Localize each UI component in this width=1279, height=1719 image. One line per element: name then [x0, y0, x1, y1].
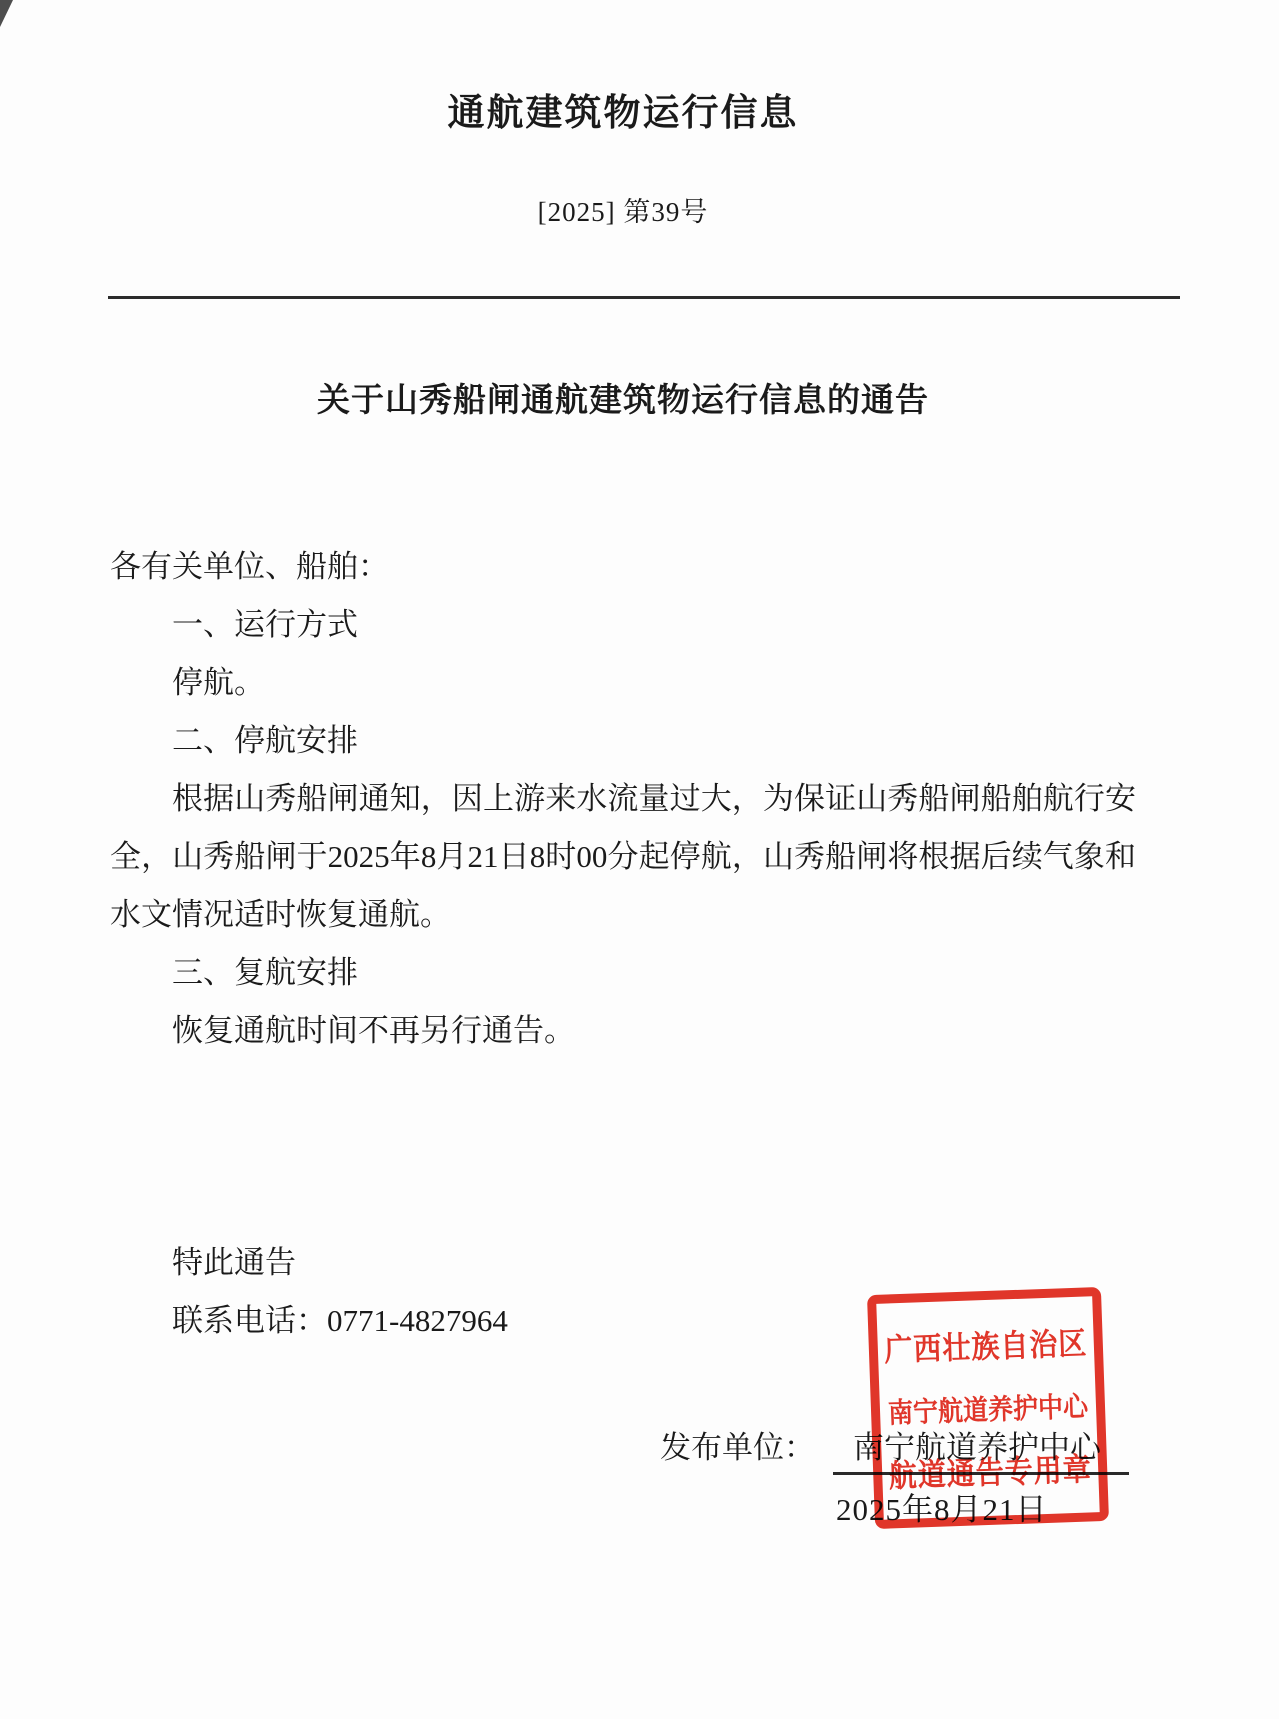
document-title: 通航建筑物运行信息: [110, 82, 1136, 136]
section-2-body: 根据山秀船闸通知，因上游来水流量过大，为保证山秀船闸船舶航行安全，山秀船闸于20…: [110, 770, 1136, 944]
notice-title: 关于山秀船闸通航建筑物运行信息的通告: [80, 374, 1166, 421]
blank-space: [110, 1060, 1136, 1234]
notice-body: 各有关单位、船舶： 一、运行方式 停航。 二、停航安排 根据山秀船闸通知，因上游…: [110, 538, 1136, 1350]
section-1-heading: 一、运行方式: [110, 596, 1136, 654]
notice-document-page: 通航建筑物运行信息 [2025] 第39号 关于山秀船闸通航建筑物运行信息的通告…: [0, 0, 1279, 1719]
seal-purpose-text: 航道通告专用章: [888, 1445, 1092, 1497]
section-3-body: 恢复通航时间不再另行通告。: [110, 1002, 1136, 1060]
seal-org-text: 南宁航道养护中心: [887, 1384, 1088, 1431]
section-3-heading: 三、复航安排: [110, 944, 1136, 1002]
section-2-heading: 二、停航安排: [110, 712, 1136, 770]
salutation: 各有关单位、船舶：: [110, 538, 1136, 596]
publisher-label: 发布单位：: [660, 1422, 815, 1467]
document-number: [2025] 第39号: [110, 190, 1136, 229]
closing-statement: 特此通告: [110, 1234, 1136, 1292]
header-divider: [108, 296, 1180, 299]
scan-corner-artifact: [0, 0, 13, 27]
section-1-body: 停航。: [110, 654, 1136, 712]
seal-region-text: 广西壮族自治区: [884, 1319, 1088, 1371]
official-red-seal: 广西壮族自治区 南宁航道养护中心 航道通告专用章: [867, 1287, 1109, 1529]
